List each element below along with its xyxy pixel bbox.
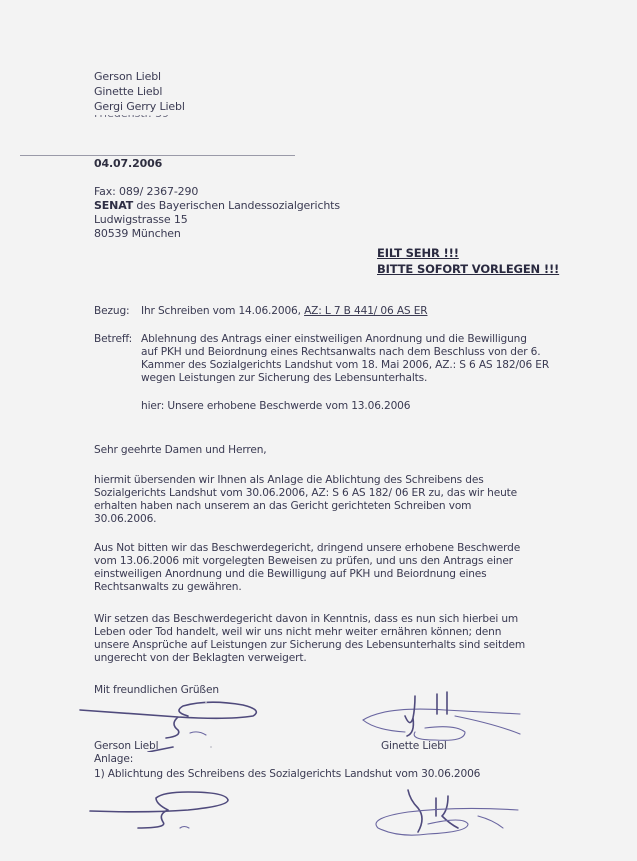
paragraph-line: vom 13.06.2006 mit vorgelegten Beweisen … bbox=[94, 555, 513, 568]
recipient-court: SENAT des Bayerischen Landessozialgerich… bbox=[94, 199, 340, 212]
paragraph-line: Wir setzen das Beschwerdegericht davon i… bbox=[94, 613, 518, 626]
paragraph-line: Sozialgerichts Landshut vom 30.06.2006, … bbox=[94, 487, 517, 500]
sender-name-1: Gerson Liebl bbox=[94, 70, 161, 83]
betreff-line: Ablehnung des Antrags einer einstweilige… bbox=[141, 333, 527, 346]
fold-line bbox=[20, 155, 295, 156]
betreff-line: auf PKH und Beiordnung eines Rechtsanwal… bbox=[141, 346, 540, 359]
scan-speck bbox=[205, 701, 207, 703]
urgent-notice-2: BITTE SOFORT VORLEGEN !!! bbox=[377, 263, 559, 276]
signature-ginette-2-icon bbox=[368, 788, 528, 840]
scan-speck bbox=[210, 746, 212, 748]
letter-date: 04.07.2006 bbox=[94, 157, 162, 170]
paragraph-line: hiermit übersenden wir Ihnen als Anlage … bbox=[94, 474, 484, 487]
paragraph-line: 30.06.2006. bbox=[94, 513, 156, 526]
bezug-file-number: AZ: L 7 B 441/ 06 AS ER bbox=[304, 305, 427, 317]
closing: Mit freundlichen Grüßen bbox=[94, 684, 219, 697]
bezug-label: Bezug: bbox=[94, 305, 129, 318]
bezug-letter-ref: Ihr Schreiben vom 14.06.2006, bbox=[141, 305, 304, 317]
recipient-court-bold: SENAT bbox=[94, 199, 133, 212]
letter-page: Gerson Liebl Ginette Liebl Gergi Gerry L… bbox=[0, 0, 637, 861]
paragraph-line: unsere Ansprüche auf Leistungen zur Sich… bbox=[94, 639, 525, 652]
recipient-city: 80539 München bbox=[94, 227, 181, 240]
signature-gerson-2-icon bbox=[88, 790, 248, 835]
signatory-left: Gerson Liebl bbox=[94, 740, 158, 753]
attachments-label: Anlage: bbox=[94, 753, 133, 766]
paragraph-line: Leben oder Tod handelt, weil wir uns nic… bbox=[94, 626, 501, 639]
attachment-item: 1) Ablichtung des Schreibens des Sozialg… bbox=[94, 768, 480, 781]
betreff-hier: hier: Unsere erhobene Beschwerde vom 13.… bbox=[141, 400, 410, 413]
recipient-street: Ludwigstrasse 15 bbox=[94, 213, 188, 226]
paragraph-line: erhalten haben nach unserem an das Geric… bbox=[94, 500, 471, 513]
signatory-right: Ginette Liebl bbox=[381, 740, 447, 753]
sender-address-cutoff: Friedenstr. 39 bbox=[94, 115, 184, 119]
bezug-text: Ihr Schreiben vom 14.06.2006, AZ: L 7 B … bbox=[141, 305, 427, 318]
signature-ginette-icon bbox=[355, 688, 525, 748]
urgent-notice-1: EILT SEHR !!! bbox=[377, 247, 459, 260]
paragraph-line: Rechtsanwalts zu gewähren. bbox=[94, 581, 242, 594]
paragraph-line: Aus Not bitten wir das Beschwerdegericht… bbox=[94, 542, 520, 555]
betreff-label: Betreff: bbox=[94, 333, 132, 346]
paragraph-line: einstweiligen Anordnung und die Bewillig… bbox=[94, 568, 487, 581]
paragraph-line: ungerecht von der Beklagten verweigert. bbox=[94, 652, 307, 665]
recipient-court-name: des Bayerischen Landessozialgerichts bbox=[133, 199, 340, 212]
salutation: Sehr geehrte Damen und Herren, bbox=[94, 444, 267, 457]
betreff-line: Kammer des Sozialgerichts Landshut vom 1… bbox=[141, 359, 549, 372]
sender-street: Friedenstr. 39 bbox=[94, 115, 184, 119]
sender-name-2: Ginette Liebl bbox=[94, 85, 162, 98]
betreff-line: wegen Leistungen zur Sicherung des Leben… bbox=[141, 372, 427, 385]
recipient-fax: Fax: 089/ 2367-290 bbox=[94, 185, 198, 198]
sender-name-3: Gergi Gerry Liebl bbox=[94, 100, 185, 113]
